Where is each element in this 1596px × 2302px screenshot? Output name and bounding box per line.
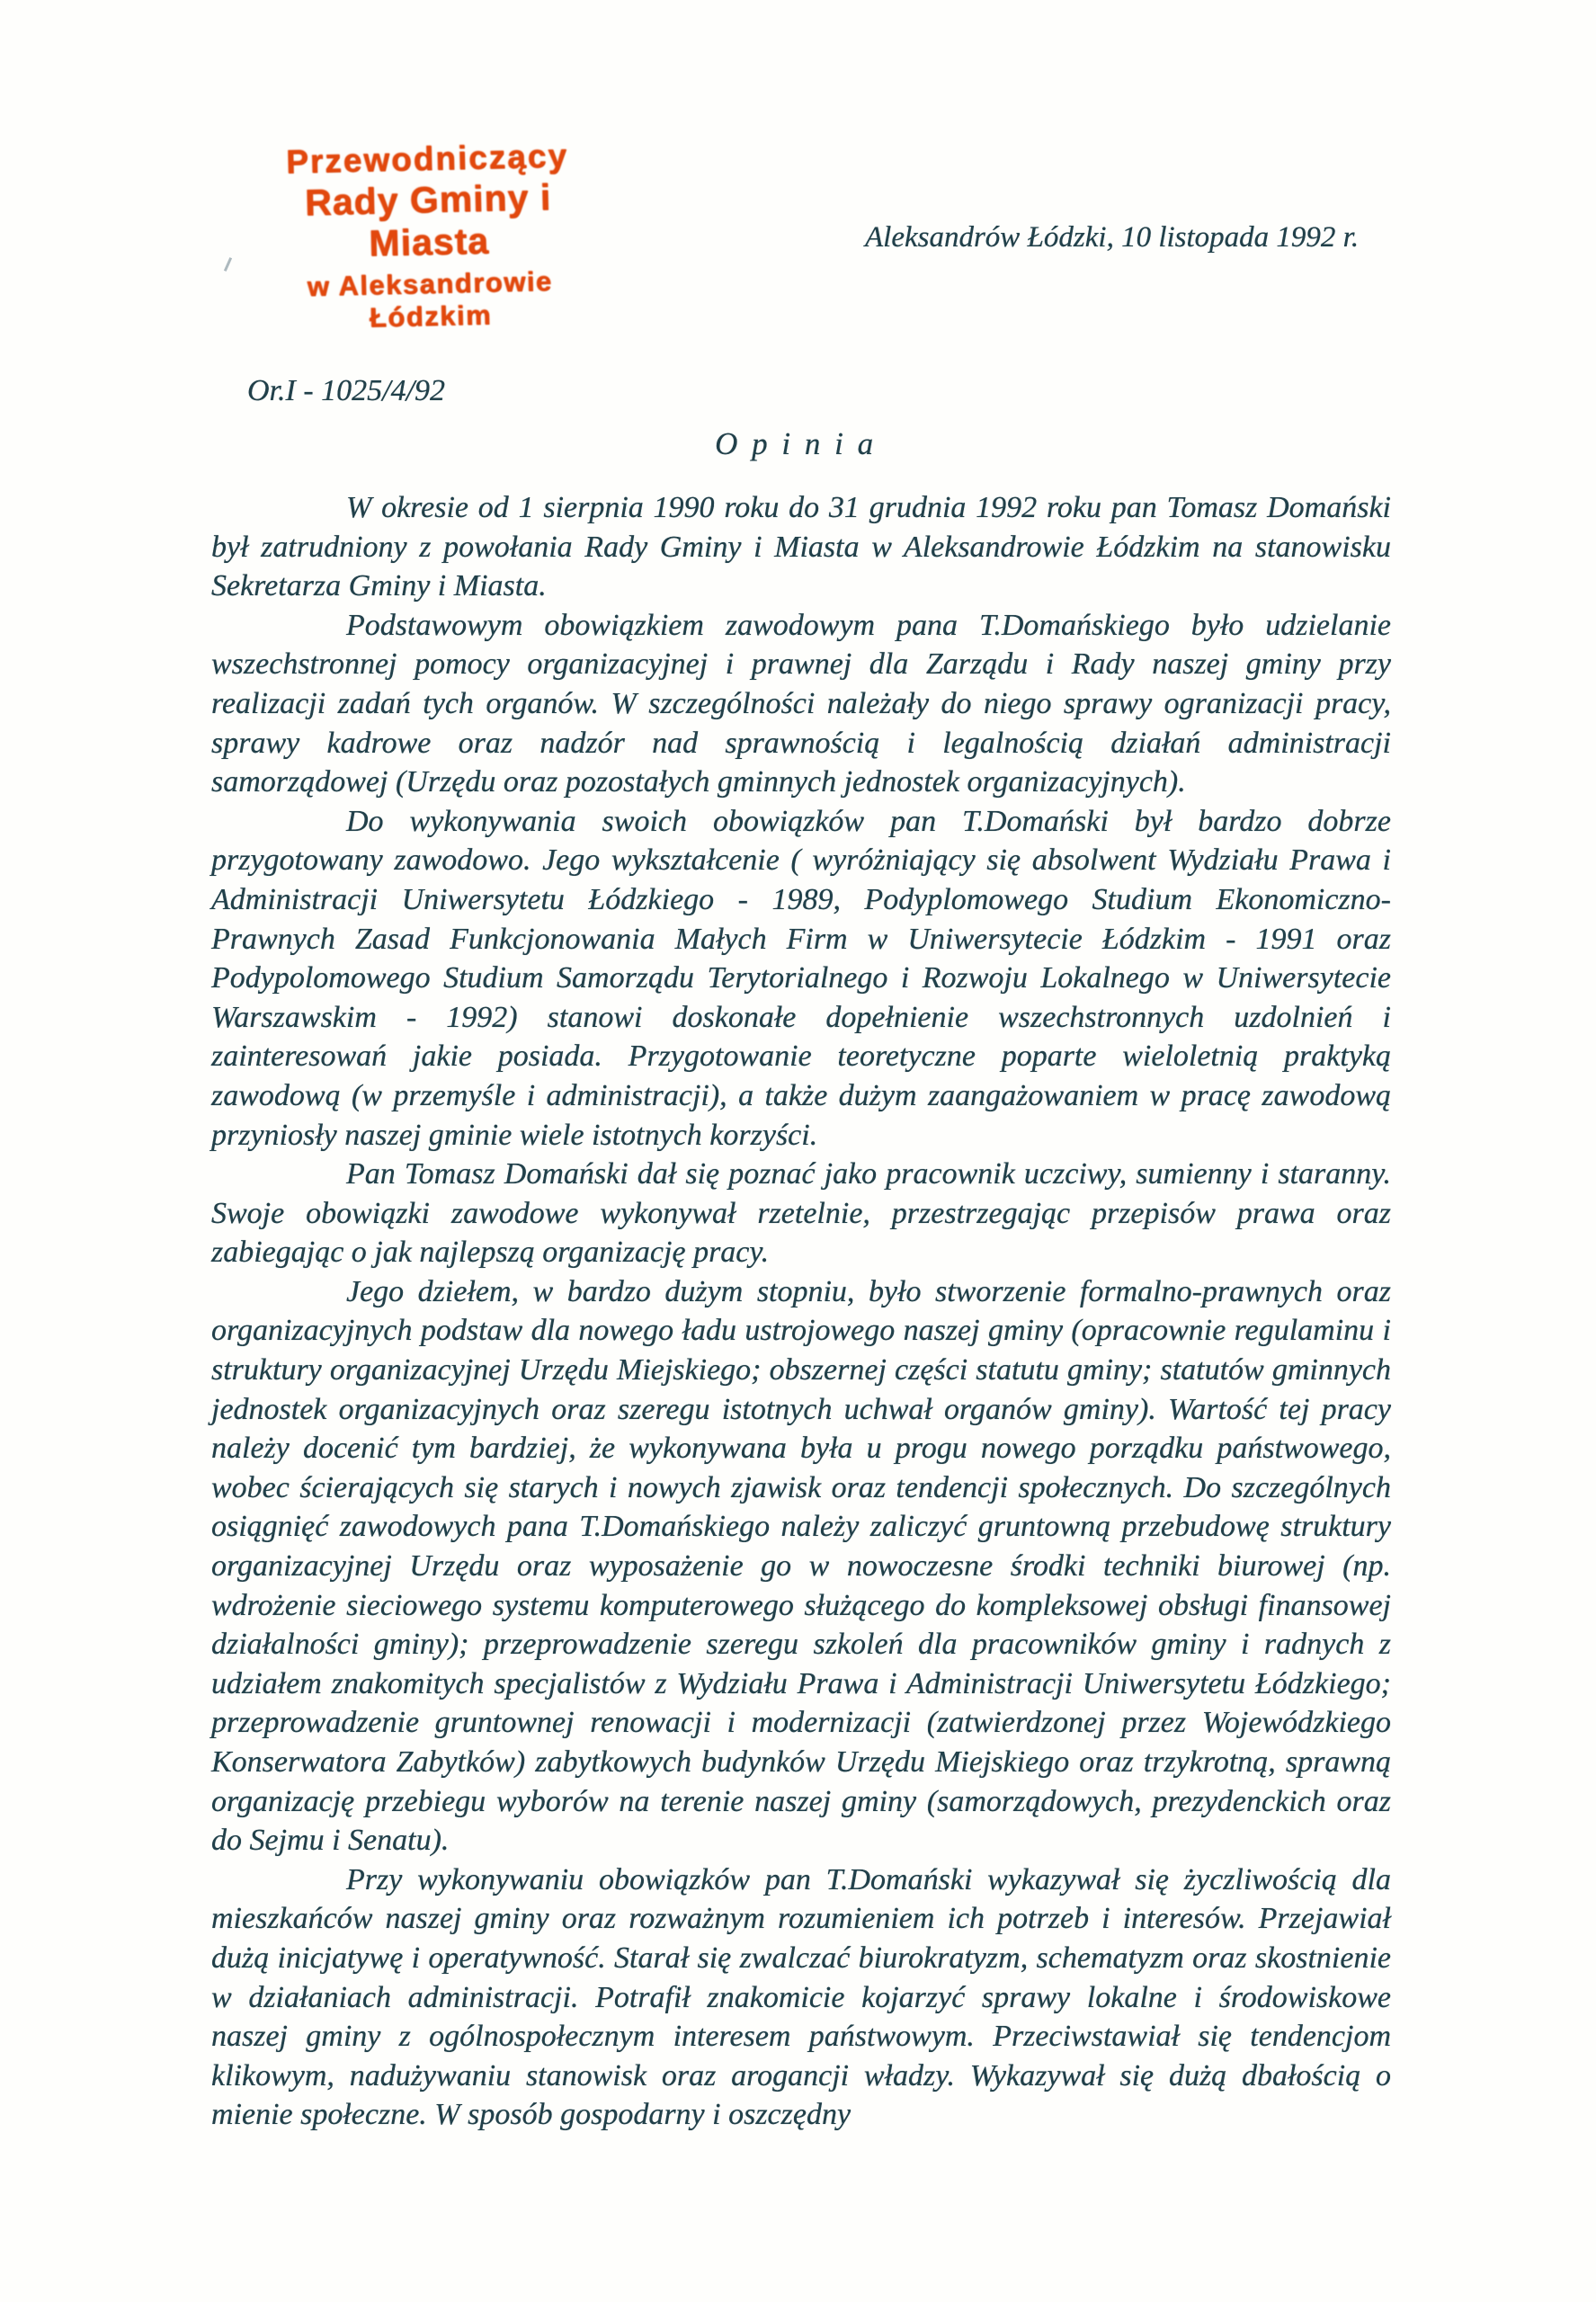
reference-number: Or.I - 1025/4/92 — [247, 374, 445, 408]
paragraph-employment-period: W okresie od 1 sierpnia 1990 roku do 31 … — [211, 488, 1391, 606]
stamp-line-2: Rady Gminy i Miasta — [244, 174, 614, 267]
paragraph-education: Do wykonywania swoich obowiązków pan T.D… — [211, 802, 1391, 1155]
paragraph-achievements: Jego dziełem, w bardzo dużym stopniu, by… — [211, 1272, 1391, 1860]
paragraph-main-duties: Podstawowym obowiązkiem zawodowym pana T… — [211, 606, 1391, 802]
paragraph-personal-qualities: Przy wykonywaniu obowiązków pan T.Domańs… — [211, 1860, 1391, 2135]
place-and-date: Aleksandrów Łódzki, 10 listopada 1992 r. — [865, 221, 1359, 254]
pen-mark — [224, 257, 232, 272]
stamp-line-3: w Aleksandrowie Łódzkim — [245, 263, 616, 336]
document-body: W okresie od 1 sierpnia 1990 roku do 31 … — [211, 488, 1391, 2135]
document-page: Przewodniczący Rady Gminy i Miasta w Ale… — [0, 0, 1596, 2302]
paragraph-work-ethic: Pan Tomasz Domański dał się poznać jako … — [211, 1155, 1391, 1272]
official-stamp: Przewodniczący Rady Gminy i Miasta w Ale… — [243, 136, 616, 336]
document-title: Opinia — [211, 426, 1391, 462]
